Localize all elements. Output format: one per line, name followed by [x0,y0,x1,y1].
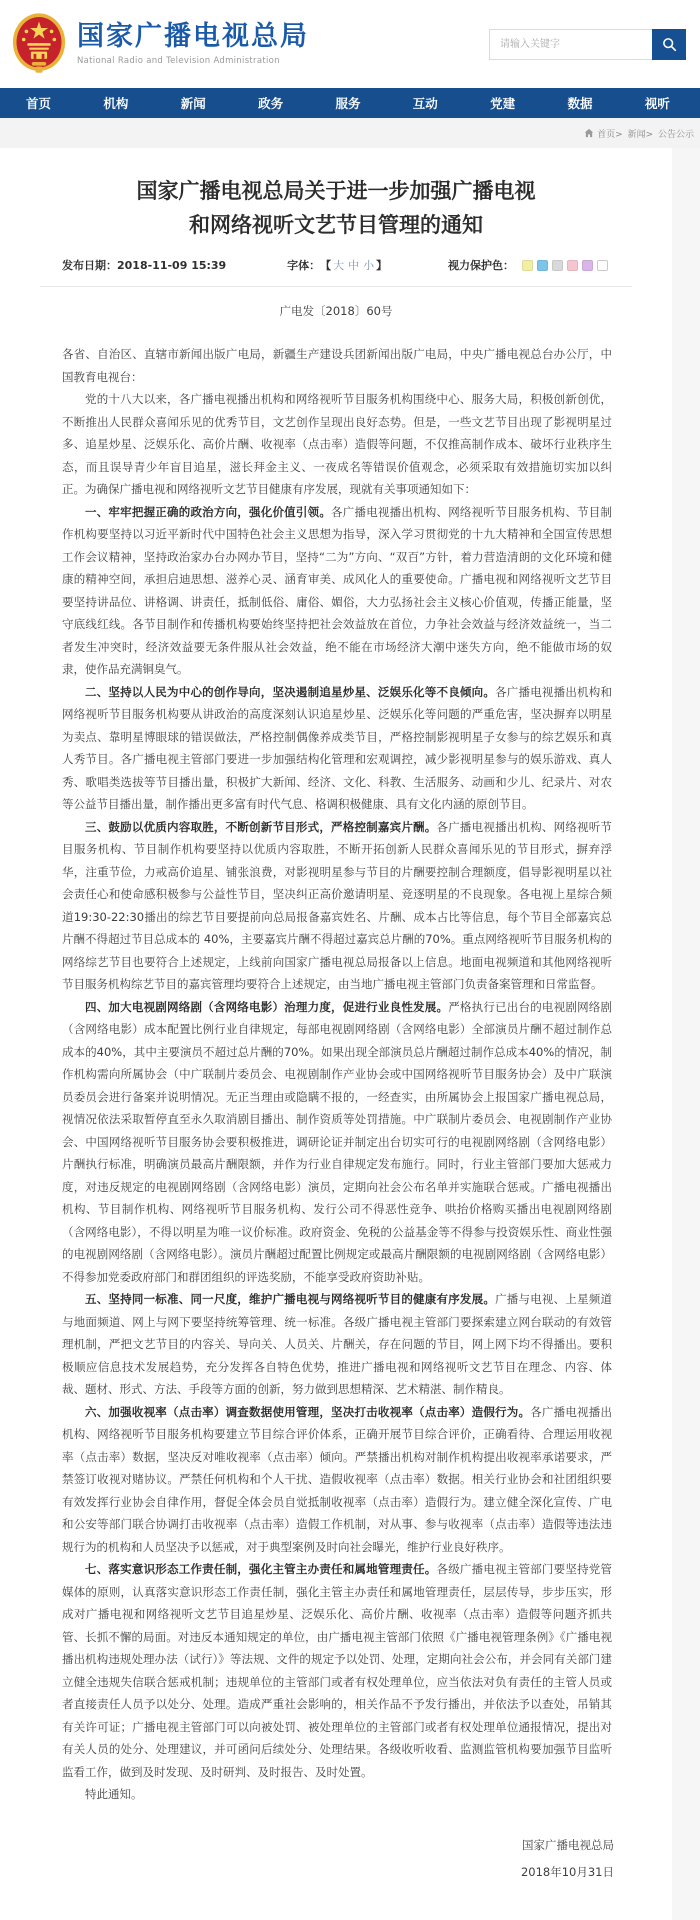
page-title-line-2: 和网络视听文艺节目管理的通知 [50,208,622,242]
site-identity: 国家广播电视总局 National Radio and Television A… [77,22,309,66]
font-size-large[interactable]: 大 [333,259,344,272]
nav-item-6[interactable]: 互动 [413,94,438,112]
nav-item-3[interactable]: 新闻 [181,94,206,112]
eye-protection-swatch-2[interactable] [537,260,548,271]
site-title: 国家广播电视总局 [77,22,309,52]
eye-protection-swatch-5[interactable] [582,260,593,271]
document-number: 广电发〔2018〕60号 [0,303,672,319]
article-meta: 发布日期： 2018-11-09 15:39 字体： 【 大中小 】 视力保护色… [0,257,672,273]
page-title: 国家广播电视总局关于进一步加强广播电视 和网络视听文艺节目管理的通知 [50,174,622,242]
paragraph-2-lead: 一、牢牢把握正确的政治方向，强化价值引领。 [85,505,331,519]
breadcrumb-separator: > [615,130,625,140]
nav-item-7[interactable]: 党建 [490,94,515,112]
paragraph-7: 六、加强收视率（点击率）调查数据使用管理，坚决打击收视率（点击率）造假行为。各广… [62,1401,612,1559]
site-header: 国家广播电视总局 National Radio and Television A… [0,0,700,88]
signature-org: 国家广播电视总局 [0,1832,614,1859]
publish-date: 发布日期： 2018-11-09 15:39 [62,257,226,273]
paragraph-3: 二、坚持以人民为中心的创作导向，坚决遏制追星炒星、泛娱乐化等不良倾向。各广播电视… [62,681,612,816]
nav-item-4[interactable]: 政务 [258,94,283,112]
paragraph-5: 四、加大电视剧网络剧（含网络电影）治理力度，促进行业良性发展。严格执行已出台的电… [62,996,612,1289]
nav-item-2[interactable]: 机构 [103,94,128,112]
breadcrumb: 首页> 新闻> 公告公示 [584,127,694,140]
breadcrumb-item-1[interactable]: 首页 [597,130,615,140]
national-emblem-icon [12,11,66,77]
search-button[interactable] [652,29,686,60]
eye-protection-swatch-1[interactable] [522,260,533,271]
paragraph-2: 一、牢牢把握正确的政治方向，强化价值引领。各广播电视播出机构、网络视听节目服务机… [62,501,612,681]
breadcrumb-items: 首页> 新闻> 公告公示 [597,127,694,140]
home-icon [584,128,594,138]
eye-protection-swatch-6[interactable] [597,260,608,271]
salutation: 各省、自治区、直辖市新闻出版广电局，新疆生产建设兵团新闻出版广电局，中央广播电视… [62,343,612,388]
main-nav: 首页机构新闻政务服务互动党建数据视听 [0,88,700,118]
publish-date-label: 发布日期： [62,257,117,273]
eye-protection-control: 视力保护色： [448,257,608,273]
nav-item-9[interactable]: 视听 [645,94,670,112]
font-size-control: 字体： 【 大中小 】 [287,257,387,273]
publish-date-value: 2018-11-09 15:39 [117,259,226,272]
paragraph-6-lead: 五、坚持同一标准、同一尺度，维护广播电视与网络视听节目的健康有序发展。 [85,1292,495,1306]
font-size-medium[interactable]: 中 [348,259,359,272]
font-size-small[interactable]: 小 [363,259,374,272]
nav-item-1[interactable]: 首页 [26,94,51,112]
nav-item-5[interactable]: 服务 [335,94,360,112]
paragraph-8-lead: 七、落实意识形态工作责任制，强化主管主办责任和属地管理责任。 [85,1562,436,1576]
signature-block: 国家广播电视总局 2018年10月31日 [0,1832,672,1886]
right-gutter [672,148,700,1920]
article-body: 各省、自治区、直辖市新闻出版广电局，新疆生产建设兵团新闻出版广电局，中央广播电视… [0,343,672,1806]
eye-protection-swatches [518,260,608,271]
paragraph-5-lead: 四、加大电视剧网络剧（含网络电影）治理力度，促进行业良性发展。 [85,1000,448,1014]
paragraph-4: 三、鼓励以优质内容取胜，不断创新节目形式，严格控制嘉宾片酬。各广播电视播出机构、… [62,816,612,996]
font-bracket-open: 【 [320,257,331,273]
breadcrumb-item-3[interactable]: 公告公示 [658,130,694,140]
signature-date: 2018年10月31日 [0,1859,614,1886]
article: 国家广播电视总局关于进一步加强广播电视 和网络视听文艺节目管理的通知 发布日期：… [0,148,672,1920]
site-subtitle: National Radio and Television Administra… [77,56,309,66]
paragraph-1: 党的十八大以来，各广播电视播出机构和网络视听节目服务机构围绕中心、服务大局，积极… [62,388,612,501]
font-size-options: 大中小 [331,257,376,273]
page-title-line-1: 国家广播电视总局关于进一步加强广播电视 [50,174,622,208]
font-bracket-close: 】 [376,257,387,273]
search-input[interactable] [489,29,652,60]
paragraph-6: 五、坚持同一标准、同一尺度，维护广播电视与网络视听节目的健康有序发展。广播与电视… [62,1288,612,1401]
font-size-label: 字体： [287,257,320,273]
main-area: 国家广播电视总局关于进一步加强广播电视 和网络视听文艺节目管理的通知 发布日期：… [0,148,700,1920]
meta-divider [40,286,632,287]
search-area [489,29,686,60]
eye-protection-label: 视力保护色： [448,257,514,273]
paragraph-7-lead: 六、加强收视率（点击率）调查数据使用管理，坚决打击收视率（点击率）造假行为。 [85,1405,530,1419]
paragraph-8: 七、落实意识形态工作责任制，强化主管主办责任和属地管理责任。各级广播电视主管部门… [62,1558,612,1783]
paragraph-4-lead: 三、鼓励以优质内容取胜，不断创新节目形式，严格控制嘉宾片酬。 [85,820,436,834]
nav-item-8[interactable]: 数据 [568,94,593,112]
search-icon [662,37,677,52]
breadcrumb-item-2[interactable]: 新闻 [628,130,646,140]
paragraph-3-lead: 二、坚持以人民为中心的创作导向，坚决遏制追星炒星、泛娱乐化等不良倾向。 [85,685,495,699]
breadcrumb-band: 首页> 新闻> 公告公示 [0,118,700,148]
eye-protection-swatch-4[interactable] [567,260,578,271]
eye-protection-swatch-3[interactable] [552,260,563,271]
paragraph-9: 特此通知。 [62,1783,612,1806]
breadcrumb-separator: > [646,130,656,140]
